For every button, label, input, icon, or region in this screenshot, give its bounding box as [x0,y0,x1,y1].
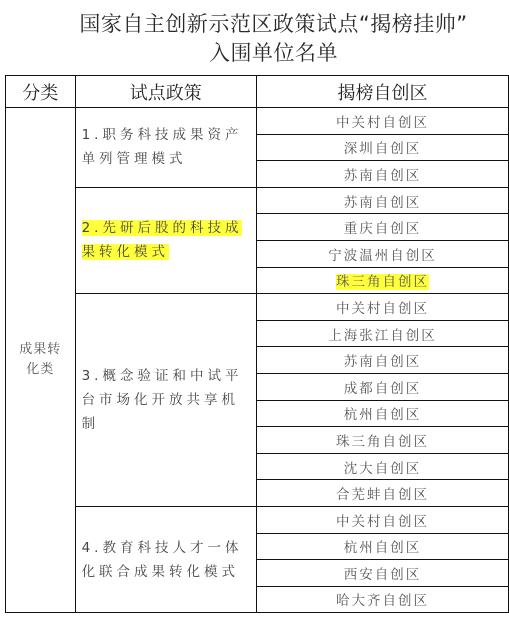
zone-cell-highlighted: 珠三角自创区 [257,267,509,294]
policy-label: 3.概念验证和中试平台市场化开放共享机制 [82,368,243,432]
table-row: 3.概念验证和中试平台市场化开放共享机制 中关村自创区 [6,294,509,321]
policy-label-highlighted: 2.先研后股的科技成果转化模式 [82,220,243,260]
zone-cell: 中关村自创区 [257,506,509,533]
zone-cell: 上海张江自创区 [257,320,509,347]
header-policy: 试点政策 [75,76,256,108]
zone-cell: 西安自创区 [257,560,509,587]
zone-cell: 中关村自创区 [257,294,509,321]
table-row: 2.先研后股的科技成果转化模式 苏南自创区 [6,187,509,214]
zone-cell: 苏南自创区 [257,161,509,188]
table-row: 4.教育科技人才一体化联合成果转化模式 中关村自创区 [6,506,509,533]
zone-cell: 苏南自创区 [257,347,509,374]
zone-label-highlighted: 珠三角自创区 [336,274,429,290]
policy-label: 1.职务科技成果资产单列管理模式 [82,127,243,167]
zone-cell: 杭州自创区 [257,400,509,427]
zone-cell: 合芜蚌自创区 [257,480,509,507]
category-cell: 成果转化类 [6,108,76,613]
zone-cell: 重庆自创区 [257,214,509,241]
zone-cell: 苏南自创区 [257,187,509,214]
policy-label: 4.教育科技人才一体化联合成果转化模式 [82,540,243,580]
policy-cell-4: 4.教育科技人才一体化联合成果转化模式 [75,506,256,612]
zone-cell: 中关村自创区 [257,108,509,135]
header-zone: 揭榜自创区 [257,76,509,108]
zone-cell: 成都自创区 [257,373,509,400]
header-category: 分类 [6,76,76,108]
table-header-row: 分类 试点政策 揭榜自创区 [6,76,509,108]
shortlist-table: 分类 试点政策 揭榜自创区 成果转化类 1.职务科技成果资产单列管理模式 中关村… [5,75,509,613]
document-title: 国家自主创新示范区政策试点“揭榜挂帅” [38,8,509,38]
document-subtitle: 入围单位名单 [38,37,509,67]
zone-cell: 杭州自创区 [257,533,509,560]
policy-cell-2: 2.先研后股的科技成果转化模式 [75,187,256,293]
zone-cell: 哈大齐自创区 [257,586,509,613]
policy-cell-1: 1.职务科技成果资产单列管理模式 [75,108,256,188]
zone-cell: 深圳自创区 [257,134,509,161]
policy-cell-3: 3.概念验证和中试平台市场化开放共享机制 [75,294,256,507]
zone-cell: 沈大自创区 [257,453,509,480]
table-row: 成果转化类 1.职务科技成果资产单列管理模式 中关村自创区 [6,108,509,135]
zone-cell: 宁波温州自创区 [257,240,509,267]
category-label: 成果转化类 [18,340,62,380]
zone-cell: 珠三角自创区 [257,427,509,454]
